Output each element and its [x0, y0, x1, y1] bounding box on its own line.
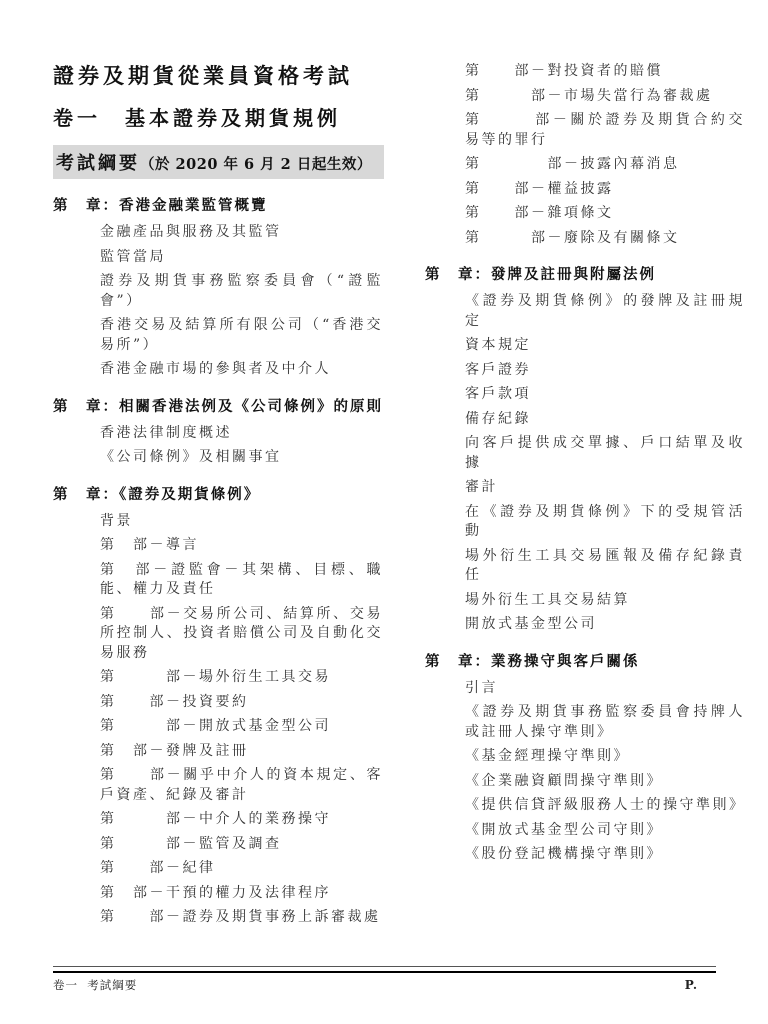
outline-item: 客戶款項 — [465, 385, 745, 405]
outline-item-list: 第 部－對投資者的賠償第 部－市場失當行為審裁處第 部－關於證券及期貨合約交易等… — [425, 62, 745, 248]
outline-item: 第 部－對投資者的賠償 — [465, 62, 745, 82]
outline-item: 第 部－關於證券及期貨合約交易等的罪行 — [465, 111, 745, 150]
outline-item-list: 背景第 部－導言第 部－證監會－其架構、目標、職能、權力及責任第 部－交易所公司… — [53, 512, 383, 928]
outline-item: 第 部－場外衍生工具交易 — [100, 668, 383, 688]
right-column: 第 部－對投資者的賠償第 部－市場失當行為審裁處第 部－關於證券及期貨合約交易等… — [425, 62, 745, 870]
outline-item: 《提供信貸評級服務人士的操守準則》 — [465, 796, 745, 816]
outline-item: 向客戶提供成交單據、戶口結單及收據 — [465, 434, 745, 473]
outline-item-list: 《證券及期貨條例》的發牌及註冊規定資本規定客戶證券客戶款項備存紀錄向客戶提供成交… — [425, 292, 745, 635]
outline-item: 第 部－干預的權力及法律程序 — [100, 884, 383, 904]
right-column-outline: 第 部－對投資者的賠償第 部－市場失當行為審裁處第 部－關於證券及期貨合約交易等… — [425, 62, 745, 865]
outline-item: 《企業融資顧問操守準則》 — [465, 772, 745, 792]
outline-item: 第 部－交易所公司、結算所、交易所控制人、投資者賠償公司及自動化交易服務 — [100, 605, 383, 664]
outline-item: 在《證券及期貨條例》下的受規管活動 — [465, 503, 745, 542]
outline-item-list: 金融產品與服務及其監管監管當局證券及期貨事務監察委員會（“證監會”）香港交易及結… — [53, 223, 383, 380]
outline-item: 第 部－證監會－其架構、目標、職能、權力及責任 — [100, 561, 383, 600]
outline-item: 第 部－導言 — [100, 536, 383, 556]
outline-item-list: 香港法律制度概述《公司條例》及相關事宜 — [53, 424, 383, 468]
chapter-heading: 第 章：《證券及期貨條例》 — [53, 484, 383, 505]
outline-item: 香港法律制度概述 — [100, 424, 383, 444]
outline-item: 開放式基金型公司 — [465, 615, 745, 635]
footer-doc-label: 卷一 考試綱要 — [53, 977, 137, 993]
chapter-heading: 第 章：相關香港法例及《公司條例》的原則 — [53, 396, 383, 417]
page-title: 證券及期貨從業員資格考試 — [53, 62, 383, 90]
outline-item: 證券及期貨事務監察委員會（“證監會”） — [100, 272, 383, 311]
outline-section: 第 章：相關香港法例及《公司條例》的原則香港法律制度概述《公司條例》及相關事宜 — [53, 396, 383, 468]
outline-item: 《公司條例》及相關事宜 — [100, 448, 383, 468]
outline-item: 第 部－紀律 — [100, 859, 383, 879]
outline-item: 客戶證券 — [465, 361, 745, 381]
footer-rule — [53, 966, 716, 973]
left-column: 證券及期貨從業員資格考試 卷一 基本證券及期貨規例 考試綱要（於 2020 年 … — [53, 62, 383, 933]
outline-item: 第 部－披露內幕消息 — [465, 155, 745, 175]
outline-item: 《基金經理操守準則》 — [465, 747, 745, 767]
syllabus-header: 考試綱要（於 2020 年 6 月 2 日起生效） — [53, 145, 384, 179]
page-subtitle: 卷一 基本證券及期貨規例 — [53, 105, 383, 131]
outline-item: 第 部－雜項條文 — [465, 204, 745, 224]
outline-item: 第 部－監管及調查 — [100, 835, 383, 855]
chapter-heading: 第 章：香港金融業監管概覽 — [53, 195, 383, 216]
outline-item: 第 部－廢除及有關條文 — [465, 229, 745, 249]
outline-section: 第 部－對投資者的賠償第 部－市場失當行為審裁處第 部－關於證券及期貨合約交易等… — [425, 62, 745, 248]
left-column-outline: 第 章：香港金融業監管概覽金融產品與服務及其監管監管當局證券及期貨事務監察委員會… — [53, 195, 383, 928]
outline-section: 第 章：香港金融業監管概覽金融產品與服務及其監管監管當局證券及期貨事務監察委員會… — [53, 195, 383, 380]
effective-date-note: （於 2020 年 6 月 2 日起生效） — [140, 156, 372, 173]
outline-item: 《證券及期貨事務監察委員會持牌人或註冊人操守準則》 — [465, 703, 745, 742]
outline-section: 第 章：發牌及註冊與附屬法例《證券及期貨條例》的發牌及註冊規定資本規定客戶證券客… — [425, 264, 745, 635]
outline-item: 審計 — [465, 478, 745, 498]
outline-item: 備存紀錄 — [465, 410, 745, 430]
outline-section: 第 章：業務操守與客戶關係引言《證券及期貨事務監察委員會持牌人或註冊人操守準則》… — [425, 651, 745, 865]
document-page: 證券及期貨從業員資格考試 卷一 基本證券及期貨規例 考試綱要（於 2020 年 … — [0, 0, 768, 1024]
outline-item: 資本規定 — [465, 336, 745, 356]
footer-row: 卷一 考試綱要 P. — [53, 973, 716, 993]
outline-item: 第 部－開放式基金型公司 — [100, 717, 383, 737]
outline-item: 背景 — [100, 512, 383, 532]
outline-item: 《開放式基金型公司守則》 — [465, 821, 745, 841]
footer-page-number: P. — [685, 978, 698, 992]
outline-item-list: 引言《證券及期貨事務監察委員會持牌人或註冊人操守準則》《基金經理操守準則》《企業… — [425, 679, 745, 865]
outline-item: 香港交易及結算所有限公司（“香港交易所”） — [100, 316, 383, 355]
outline-item: 《股份登記機構操守準則》 — [465, 845, 745, 865]
outline-item: 第 部－中介人的業務操守 — [100, 810, 383, 830]
outline-item: 《證券及期貨條例》的發牌及註冊規定 — [465, 292, 745, 331]
page-footer: 卷一 考試綱要 P. — [53, 966, 716, 993]
outline-item: 第 部－投資要約 — [100, 693, 383, 713]
outline-item: 金融產品與服務及其監管 — [100, 223, 383, 243]
outline-item: 監管當局 — [100, 248, 383, 268]
chapter-heading: 第 章：業務操守與客戶關係 — [425, 651, 745, 672]
outline-item: 第 部－權益披露 — [465, 180, 745, 200]
outline-section: 第 章：《證券及期貨條例》背景第 部－導言第 部－證監會－其架構、目標、職能、權… — [53, 484, 383, 928]
syllabus-title: 考試綱要 — [56, 153, 140, 174]
chapter-heading: 第 章：發牌及註冊與附屬法例 — [425, 264, 745, 285]
outline-item: 場外衍生工具交易結算 — [465, 591, 745, 611]
outline-item: 場外衍生工具交易匯報及備存紀錄責任 — [465, 547, 745, 586]
outline-item: 第 部－發牌及註冊 — [100, 742, 383, 762]
outline-item: 香港金融市場的參與者及中介人 — [100, 360, 383, 380]
outline-item: 第 部－市場失當行為審裁處 — [465, 87, 745, 107]
outline-item: 第 部－證券及期貨事務上訴審裁處 — [100, 908, 383, 928]
outline-item: 引言 — [465, 679, 745, 699]
outline-item: 第 部－關乎中介人的資本規定、客戶資產、紀錄及審計 — [100, 766, 383, 805]
